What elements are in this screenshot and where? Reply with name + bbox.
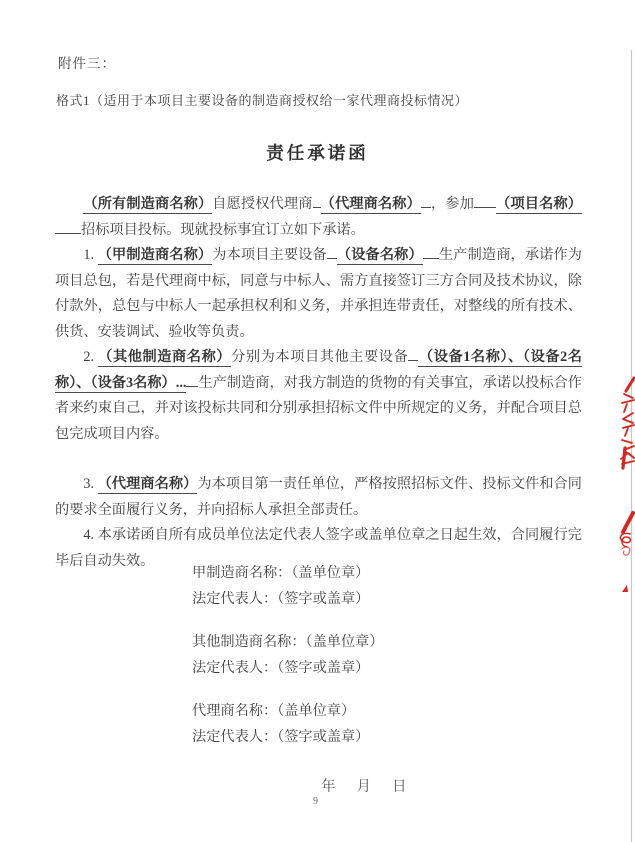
attachment-label: 附件三： xyxy=(58,52,116,72)
fill-in-field: （甲制造商名称） xyxy=(98,247,213,265)
underline-blank xyxy=(474,192,496,208)
format-note: 格式1（适用于本项目主要设备的制造商授权给一家代理商投标情况） xyxy=(56,90,468,109)
paragraph: （所有制造商名称）自愿授权代理商（代理商名称），参加（项目名称）招标项目投标。现… xyxy=(55,192,582,243)
signature-line: 甲制造商名称：（盖单位章） xyxy=(192,560,384,586)
signature-line: 法定代表人：（签字或盖章） xyxy=(192,724,384,750)
fill-in-field: （项目名称） xyxy=(496,196,582,214)
underline-blank xyxy=(421,192,431,208)
underline-blank xyxy=(327,243,337,259)
underline-blank xyxy=(55,218,81,234)
document-body: （所有制造商名称）自愿授权代理商（代理商名称），参加（项目名称）招标项目投标。现… xyxy=(55,192,582,574)
page-number: 9 xyxy=(313,796,318,807)
signature-line: 其他制造商名称：（盖单位章） xyxy=(192,629,384,655)
underline-blank xyxy=(313,192,321,208)
fill-in-field: （其他制造商名称） xyxy=(98,349,231,367)
red-pen-marks xyxy=(620,378,634,592)
signature-line: 法定代表人：（签字或盖章） xyxy=(192,655,384,681)
signature-section: 甲制造商名称：（盖单位章）法定代表人：（签字或盖章）其他制造商名称：（盖单位章）… xyxy=(192,560,384,767)
underline-blank xyxy=(423,243,439,259)
date-year-label: 年 xyxy=(321,775,336,796)
signature-block: 甲制造商名称：（盖单位章）法定代表人：（签字或盖章） xyxy=(192,560,384,612)
document-title: 责任承诺函 xyxy=(0,140,635,165)
fill-in-field: （代理商名称） xyxy=(98,476,198,494)
signature-block: 代理商名称：（盖单位章）法定代表人：（签字或盖章） xyxy=(192,698,384,750)
text-run: ，参加 xyxy=(431,196,474,212)
fill-in-field: （设备名称） xyxy=(337,247,423,265)
signature-block: 其他制造商名称：（盖单位章）法定代表人：（签字或盖章） xyxy=(192,629,384,681)
signature-line: 代理商名称：（盖单位章） xyxy=(192,698,384,724)
fill-in-field: （所有制造商名称） xyxy=(83,196,212,214)
date-line: 年 月 日 xyxy=(321,775,407,796)
underline-blank xyxy=(186,371,198,387)
paragraph: 2. （其他制造商名称）分别为本项目其他主要设备（设备1名称）、（设备2名称）、… xyxy=(55,345,582,447)
signature-line: 法定代表人：（签字或盖章） xyxy=(192,586,384,612)
fill-in-field: （代理商名称） xyxy=(321,196,421,214)
underline-blank xyxy=(408,345,418,361)
date-day-label: 日 xyxy=(392,775,407,796)
paragraph: 3. （代理商名称）为本项目第一责任单位，严格按照招标文件、投标文件和合同的要求… xyxy=(55,472,582,523)
text-run: 自愿授权代理商 xyxy=(212,196,312,212)
text-run: 1. xyxy=(83,247,97,263)
text-run: 为本项目主要设备 xyxy=(212,247,327,263)
text-run: 招标项目投标。现就投标事宜订立如下承诺。 xyxy=(81,222,365,238)
document-page: 附件三： 格式1（适用于本项目主要设备的制造商授权给一家代理商投标情况） 责任承… xyxy=(0,0,635,842)
text-run: 分别为本项目其他主要设备 xyxy=(231,349,408,365)
paragraph: 1. （甲制造商名称）为本项目主要设备（设备名称）生产制造商，承诺作为项目总包，… xyxy=(55,243,582,345)
date-month-label: 月 xyxy=(357,775,372,796)
text-run: 3. xyxy=(83,476,97,492)
text-run: 2. xyxy=(83,349,98,365)
